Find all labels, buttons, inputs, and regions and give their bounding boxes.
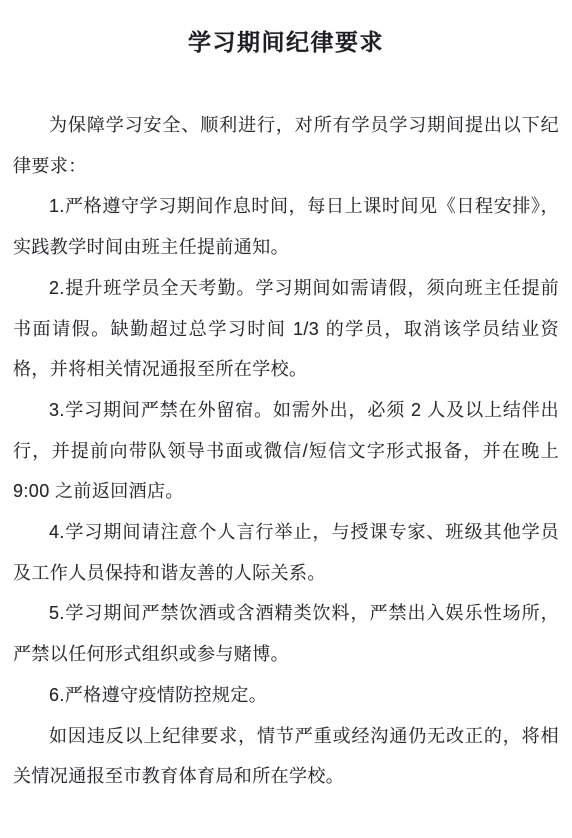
paragraph-rule-3: 3.学习期间严禁在外留宿。如需外出，必须 2 人及以上结伴出行，并提前向带队领导… [13, 390, 559, 512]
document-body: 为保障学习安全、顺利进行，对所有学员学习期间提出以下纪律要求： 1.严格遵守学习… [13, 105, 559, 797]
document-title: 学习期间纪律要求 [13, 24, 559, 57]
paragraph-closing: 如因违反以上纪律要求，情节严重或经沟通仍无改正的，将相关情况通报至市教育体育局和… [13, 716, 559, 797]
document-page: 学习期间纪律要求 为保障学习安全、顺利进行，对所有学员学习期间提出以下纪律要求：… [0, 0, 572, 838]
paragraph-rule-1: 1.严格遵守学习期间作息时间，每日上课时间见《日程安排》，实践教学时间由班主任提… [13, 186, 559, 267]
paragraph-rule-6: 6.严格遵守疫情防控规定。 [13, 675, 559, 716]
paragraph-rule-5: 5.学习期间严禁饮酒或含酒精类饮料，严禁出入娱乐性场所，严禁以任何形式组织或参与… [13, 593, 559, 674]
paragraph-intro: 为保障学习安全、顺利进行，对所有学员学习期间提出以下纪律要求： [13, 105, 559, 186]
paragraph-rule-4: 4.学习期间请注意个人言行举止，与授课专家、班级其他学员及工作人员保持和谐友善的… [13, 512, 559, 593]
paragraph-rule-2: 2.提升班学员全天考勤。学习期间如需请假，须向班主任提前书面请假。缺勤超过总学习… [13, 268, 559, 390]
